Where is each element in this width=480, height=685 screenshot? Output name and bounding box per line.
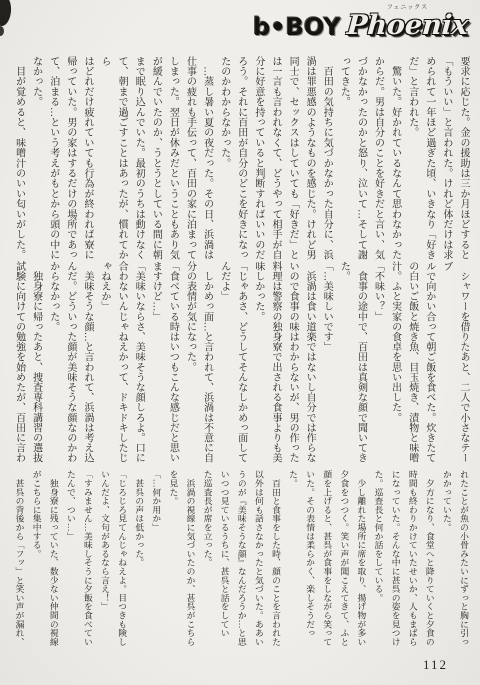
text-column: 汁。ふと実家の食卓を思い出した。	[387, 261, 404, 467]
text-column: からなかった。	[45, 261, 62, 467]
text-column: ってきた。	[335, 56, 352, 266]
text-column: たのかわからなかった。	[216, 56, 233, 266]
text-column: 時間も終わりかけていたせいか、人もまばら	[404, 470, 421, 648]
text-column: を見た。	[164, 470, 181, 648]
text-column: れたことが魚の小骨みたいにずっと胸に引っ	[455, 470, 472, 648]
text-column: 百田と食事をした時、顔のことを言われた	[267, 470, 284, 648]
text-column: た。	[335, 261, 352, 467]
text-column: た。巡査長と何か話をしている。	[369, 470, 386, 648]
text-column: いので食事の味はわからないが、男の作った	[284, 261, 301, 467]
text-column: 「不味い？」	[369, 261, 386, 467]
text-column: 帰っていた。男の家はするだけの場所であっ	[62, 56, 79, 266]
text-column: シャワーを借りたあと、二人で小さなテーブ	[438, 261, 472, 467]
text-column: 分の表情が気になった。	[181, 261, 198, 467]
text-column: 仕事の疲れも手伝って、百田の家に泊まって	[181, 56, 198, 266]
text-column: ろう。それに百田が自分のどこを好きになっ	[233, 56, 250, 266]
text-column: 美味そうな顔…と言われて、浜渦は考え込	[79, 261, 96, 467]
text-column: 同士で、セックスはしていても「好きだ」と	[284, 56, 301, 266]
text-column: まで眠り込んでいた。最初のうちは動けなく	[130, 56, 147, 266]
scan-smudge	[0, 0, 13, 27]
text-column: 顔を上げると、甚呉が食事をしながら笑って	[318, 470, 335, 648]
text-band-bottom: れたことが魚の小骨みたいにずっと胸に引っかかっていた。 夕方になり、食堂へと降り…	[10, 470, 472, 648]
text-column: が緩んでいたのか、うとうとしている間に朝	[147, 56, 164, 266]
text-column: がこちらに集中する。	[28, 470, 45, 648]
text-column: は一言も言われなくて、どうやって相手が自	[267, 56, 284, 266]
text-column: 百田の気持ちに気づかなかった自分に、浜	[318, 56, 335, 266]
text-column: なかった。	[28, 56, 45, 266]
scan-smudge-small	[0, 26, 4, 36]
text-column: 夕食をつつく。笑い声が聞こえてきて、ふと	[335, 470, 352, 648]
text-column: 「美味いならさ、美味そうな顔しろよ。口に	[130, 261, 147, 467]
text-column: …蒸し暑い夏の夜だった。その日、浜渦は	[199, 56, 216, 266]
text-column: て、朝まで過ごすことはあったが、慣れてから	[96, 56, 130, 266]
text-column: うのが『美味そうな顔』なんだろうか…と思	[233, 470, 250, 648]
text-column: からだ。男は自分のことを好きだと言い、気	[369, 56, 386, 266]
text-column: 「すみません…美味しそうに夕飯を食べてい	[79, 470, 96, 648]
page-number: 112	[423, 657, 448, 673]
text-column: 味しかった。	[250, 261, 267, 467]
text-column: 要求に応じた。金の援助は三か月ほどすると	[455, 56, 472, 266]
text-column: 少し離れた場所に席を取り、揚げ物が多い	[352, 470, 369, 648]
text-column: 甚呉の背後から「フッ」と笑い声が漏れ、	[10, 470, 27, 648]
logo-bboy-text: b•BOY	[253, 15, 341, 39]
book-page: b•BOY フェニックス Phoenix 要求に応じた。金の援助は三か月ほどする…	[0, 0, 480, 685]
text-column: たんで、つい…」	[62, 470, 79, 648]
text-column: 合わないんじゃねえかって、ドキドキしたじ	[113, 261, 130, 467]
text-column: 「…何か用か」	[147, 470, 164, 648]
text-column: いた。その表情は柔らかく、楽しそうだった。	[284, 470, 318, 648]
text-column: いんだよ、文句があるなら言え！」	[96, 470, 113, 648]
text-column: いつつ見ているうちに、甚呉と話をしてい	[216, 470, 233, 648]
text-column: 独身寮に帰ったあと、捜査専科講習の選抜	[28, 261, 45, 467]
text-column: ゃねえか」	[96, 261, 113, 467]
text-column: 目が覚めると、味噌汁のいい匂いがした。	[10, 56, 27, 266]
magazine-logo: b•BOY フェニックス Phoenix	[253, 5, 468, 39]
text-column: ルで向かい合って朝ご飯を食べた。炊きたて	[421, 261, 438, 467]
text-column: 渦は罪悪感のようなものを感じた。けれど男	[301, 56, 318, 266]
text-column: 甚呉の声は低かった。	[130, 470, 147, 648]
text-column: 「じろじろ見てんじゃねえよ。目つきも険し	[113, 470, 130, 648]
text-column: しかめっ面…と言われて、浜渦は不意に自	[199, 261, 216, 467]
text-column: 以外は何も話さなかったと気づいた。ああい	[250, 470, 267, 648]
text-column: んだよ」	[216, 261, 233, 467]
text-column: の白いご飯と焼き魚、目玉焼き、漬物と味噌	[404, 261, 421, 467]
text-column: はどれだけ疲れていても行為が終われば寮に	[79, 56, 96, 266]
text-column: 驚いた。好かれているなんて思わなかった	[387, 56, 404, 266]
text-column: んだ。どういった顔が美味そうな顔なのかわ	[62, 261, 79, 467]
text-column: づかなかったのかと怒り、泣いて…そして謝	[352, 56, 369, 266]
text-column: だ」と言われた。	[404, 56, 421, 266]
text-column: になっていた。そんな中に甚呉の姿を見つけ	[387, 470, 404, 648]
logo-phoenix-group: フェニックス Phoenix	[347, 5, 468, 39]
text-column: 「…美味しいです」	[318, 261, 335, 467]
text-column: 独身寮に残っていた、数少ない仲間の視線	[45, 470, 62, 648]
text-column: 浜渦の視線に気づいたのか、甚呉がこちら	[181, 470, 198, 648]
text-column: められて一年ほど過ぎた頃、いきなり「好き	[421, 56, 438, 266]
text-column: 食事の途中で、百田は真剣な顔で聞いてき	[352, 261, 369, 467]
text-column: しまった。翌日が休みだということもあり気	[164, 56, 181, 266]
text-column: ますけど…」	[147, 261, 164, 467]
logo-phoenix-text: Phoenix	[346, 12, 469, 39]
text-column: 夕方になり、食堂へと降りていくと夕食の	[421, 470, 438, 648]
text-column: 「もういい」と言われた。けれど体だけは求	[438, 56, 455, 266]
text-column: 料理は警察の独身寮で出される食事よりも美	[267, 261, 284, 467]
text-column: 「じゃあさ、どうしてそんなしかめっ面して	[233, 261, 250, 467]
text-band-middle: シャワーを借りたあと、二人で小さなテーブルで向かい合って朝ご飯を食べた。炊きたて…	[10, 261, 472, 467]
text-column: かかっていた。	[438, 470, 455, 648]
text-column: 試験に向けての勉強を始めたが、百田に言わ	[10, 261, 27, 467]
text-column: 「食べている時はいつもこんな感じだと思い	[164, 261, 181, 467]
text-column: て、泊まる…という考えがもとから頭の中に	[45, 56, 62, 266]
text-band-top: 要求に応じた。金の援助は三か月ほどすると「もういい」と言われた。けれど体だけは求…	[10, 56, 472, 266]
text-column: 浜渦は食い道楽ではないし自分では作らな	[301, 261, 318, 467]
text-column: た巡査長が席を立った。	[199, 470, 216, 648]
text-column: 分に好意を持っていると判断すればいいのだ	[250, 56, 267, 266]
